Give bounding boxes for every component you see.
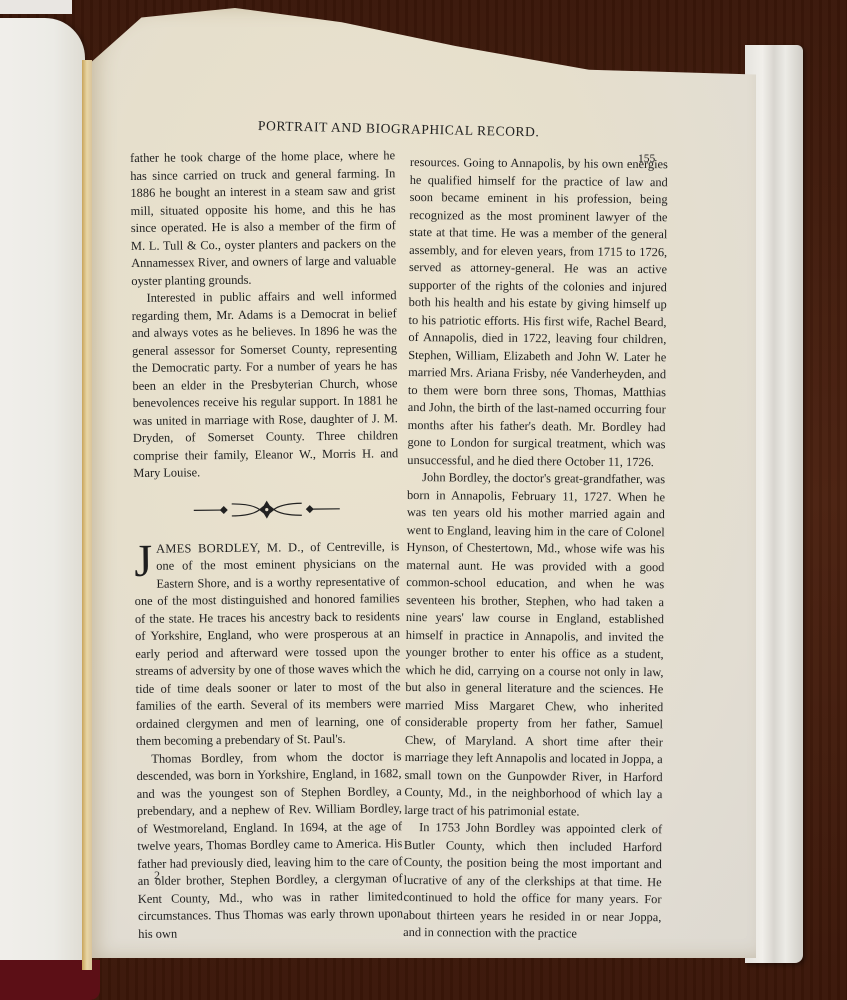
left-page-edge [0,18,85,978]
paragraph: Interested in public affairs and well in… [131,287,398,482]
paragraph: father he took charge of the home place,… [130,147,396,290]
paragraph: of Centreville, is one of the most emine… [135,539,401,748]
article-opening: JAMES BORDLEY, M. D., of Centreville, is… [134,538,401,751]
left-text-column: father he took charge of the home place,… [130,147,403,943]
paragraph: John Bordley, the doctor's great-grandfa… [404,469,665,821]
paragraph: In 1753 John Bordley was appointed clerk… [403,819,662,944]
right-text-column: resources. Going to Annapolis, by his ow… [403,154,668,944]
book-spine-gutter [82,60,92,970]
paragraph: Thomas Bordley, from whom the doctor is … [136,748,403,943]
paragraph: resources. Going to Annapolis, by his ow… [407,154,668,471]
dropcap: J [134,542,152,578]
signature-mark: 2 [154,868,160,883]
ornament-divider-icon [191,498,341,520]
article-subject-name: AMES BORDLEY, M. D., [156,540,304,556]
paper-scrap [0,0,72,14]
